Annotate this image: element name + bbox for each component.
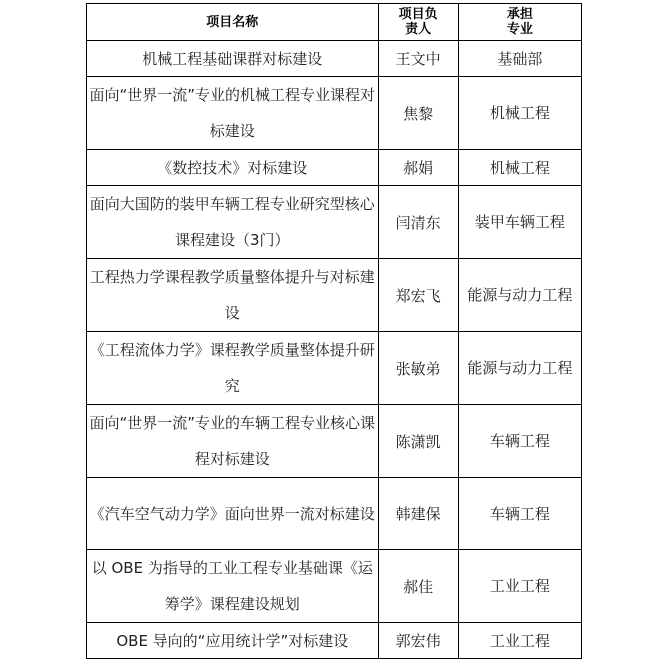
major: 机械工程: [458, 77, 581, 150]
table-row: 《工程流体力学》课程教学质量整体提升研究 张敏弟 能源与动力工程: [87, 332, 582, 405]
project-leader: 焦黎: [378, 77, 458, 150]
project-leader: 郑宏飞: [378, 259, 458, 332]
project-name: 《汽车空气动力学》面向世界一流对标建设: [87, 478, 379, 550]
table-row: 面向“世界一流”专业的车辆工程专业核心课程对标建设 陈潇凯 车辆工程: [87, 405, 582, 478]
major: 装甲车辆工程: [458, 186, 581, 259]
project-table: 项目名称 项目负责人 承担专业 机械工程基础课群对标建设 王文中 基础部 面向“…: [86, 3, 582, 659]
project-name: 《工程流体力学》课程教学质量整体提升研究: [87, 332, 379, 405]
table-row: 以 OBE 为指导的工业工程专业基础课《运筹学》课程建设规划 郝佳 工业工程: [87, 550, 582, 623]
project-name: 面向“世界一流”专业的机械工程专业课程对标建设: [87, 77, 379, 150]
table-row: 机械工程基础课群对标建设 王文中 基础部: [87, 41, 582, 77]
project-name: 面向“世界一流”专业的车辆工程专业核心课程对标建设: [87, 405, 379, 478]
major: 车辆工程: [458, 478, 581, 550]
project-name: 《数控技术》对标建设: [87, 150, 379, 186]
major: 车辆工程: [458, 405, 581, 478]
project-leader: 张敏弟: [378, 332, 458, 405]
table-row: 面向“世界一流”专业的机械工程专业课程对标建设 焦黎 机械工程: [87, 77, 582, 150]
project-name: OBE 导向的“应用统计学”对标建设: [87, 623, 379, 659]
project-leader: 闫清东: [378, 186, 458, 259]
major: 工业工程: [458, 550, 581, 623]
header-row: 项目名称 项目负责人 承担专业: [87, 4, 582, 41]
project-name: 面向大国防的装甲车辆工程专业研究型核心课程建设（3门）: [87, 186, 379, 259]
project-leader: 王文中: [378, 41, 458, 77]
project-name: 工程热力学课程教学质量整体提升与对标建设: [87, 259, 379, 332]
major: 机械工程: [458, 150, 581, 186]
major: 能源与动力工程: [458, 259, 581, 332]
table-row: 《汽车空气动力学》面向世界一流对标建设 韩建保 车辆工程: [87, 478, 582, 550]
project-name: 机械工程基础课群对标建设: [87, 41, 379, 77]
major: 工业工程: [458, 623, 581, 659]
major: 能源与动力工程: [458, 332, 581, 405]
table-row: 《数控技术》对标建设 郝娟 机械工程: [87, 150, 582, 186]
project-leader: 郝佳: [378, 550, 458, 623]
project-leader: 郭宏伟: [378, 623, 458, 659]
major: 基础部: [458, 41, 581, 77]
header-project-name: 项目名称: [87, 4, 379, 41]
project-name: 以 OBE 为指导的工业工程专业基础课《运筹学》课程建设规划: [87, 550, 379, 623]
header-project-leader: 项目负责人: [378, 4, 458, 41]
project-leader: 韩建保: [378, 478, 458, 550]
header-major: 承担专业: [458, 4, 581, 41]
project-leader: 陈潇凯: [378, 405, 458, 478]
table-row: 面向大国防的装甲车辆工程专业研究型核心课程建设（3门） 闫清东 装甲车辆工程: [87, 186, 582, 259]
table-row: 工程热力学课程教学质量整体提升与对标建设 郑宏飞 能源与动力工程: [87, 259, 582, 332]
project-leader: 郝娟: [378, 150, 458, 186]
table-row: OBE 导向的“应用统计学”对标建设 郭宏伟 工业工程: [87, 623, 582, 659]
